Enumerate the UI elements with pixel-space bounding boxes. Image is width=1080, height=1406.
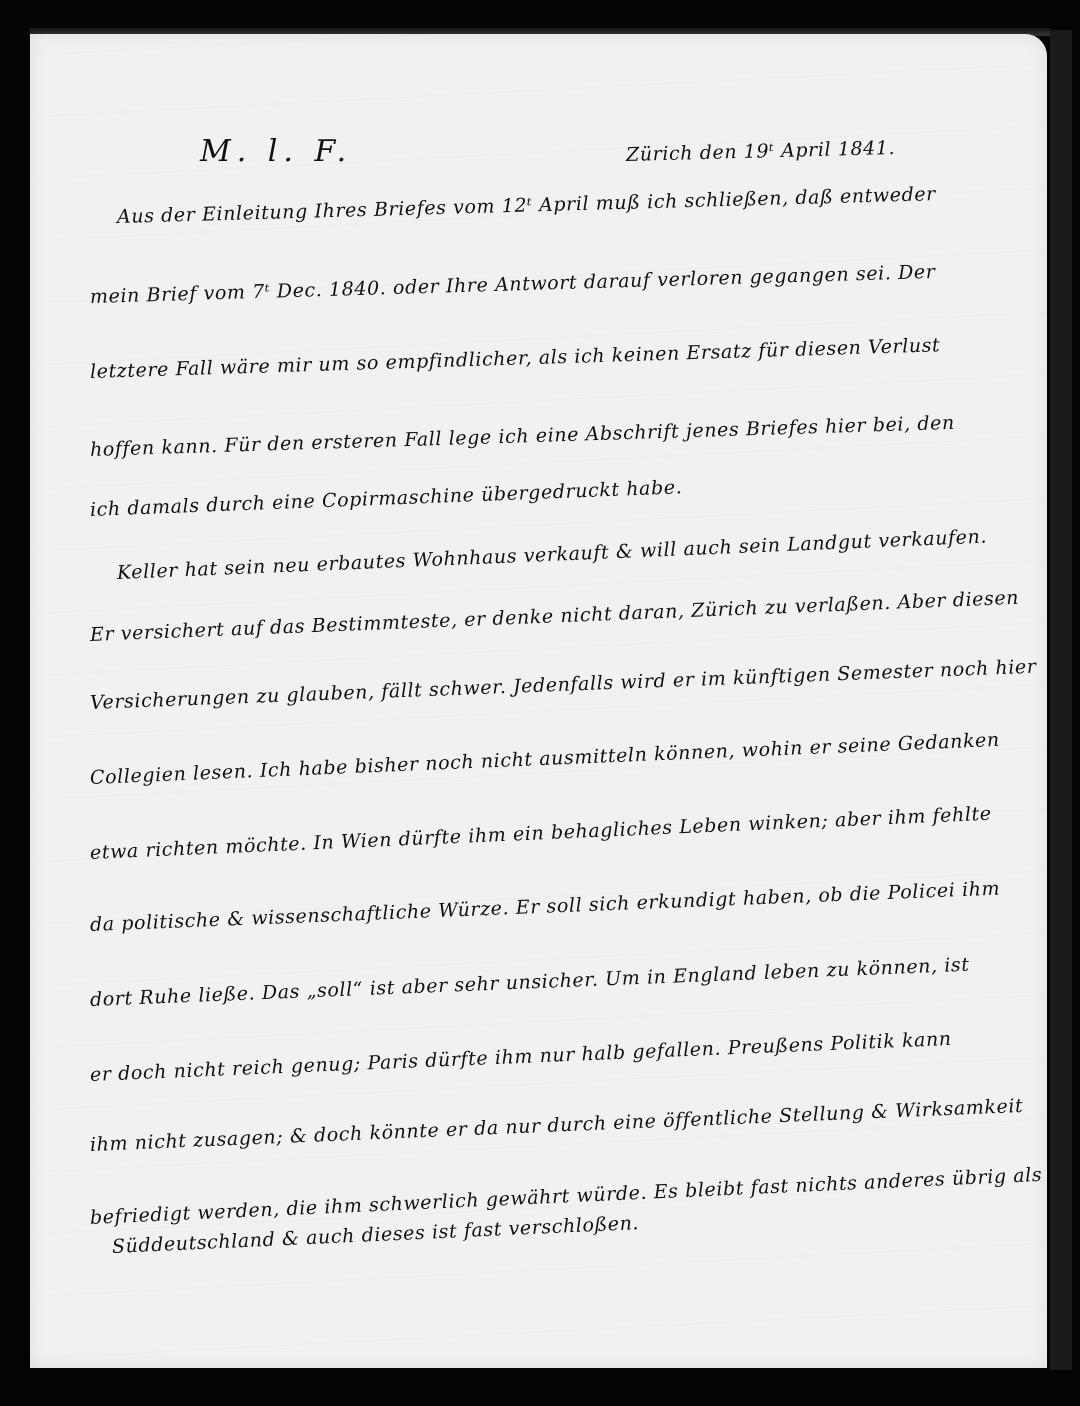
letter-line: Aus der Einleitung Ihres Briefes vom 12ᵗ… [117,183,936,228]
letter-line: Versicherungen zu glauben, fällt schwer.… [90,656,1037,714]
letter-salutation: M. l. F. [200,134,352,169]
letter-line: ich damals durch eine Copirmaschine über… [90,476,683,521]
letter-line: letztere Fall wäre mir um so empfindlich… [90,334,941,383]
letter-page: M. l. F. Zürich den 19ᵗ April 1841. Aus … [30,34,1047,1368]
letter-line: er doch nicht reich genug; Paris dürfte … [90,1028,953,1086]
scan-right-edge [1050,30,1072,1370]
letter-line: mein Brief vom 7ᵗ Dec. 1840. oder Ihre A… [90,261,936,308]
letter-dateline: Zürich den 19ᵗ April 1841. [626,137,896,166]
letter-line: Keller hat sein neu erbautes Wohnhaus ve… [117,526,988,584]
letter-line: ihm nicht zusagen; & doch könnte er da n… [90,1095,1024,1156]
letter-line: da politische & wissenschaftliche Würze.… [90,877,1001,936]
letter-line: etwa richten möchte. In Wien dürfte ihm … [90,803,993,864]
letter-line: Collegien lesen. Ich habe bisher noch ni… [90,729,1001,789]
letter-line: dort Ruhe ließe. Das „soll“ ist aber seh… [90,954,970,1011]
letter-line: hoffen kann. Für den ersteren Fall lege … [90,412,955,461]
letter-line: Er versichert auf das Bestimmteste, er d… [90,587,1020,646]
